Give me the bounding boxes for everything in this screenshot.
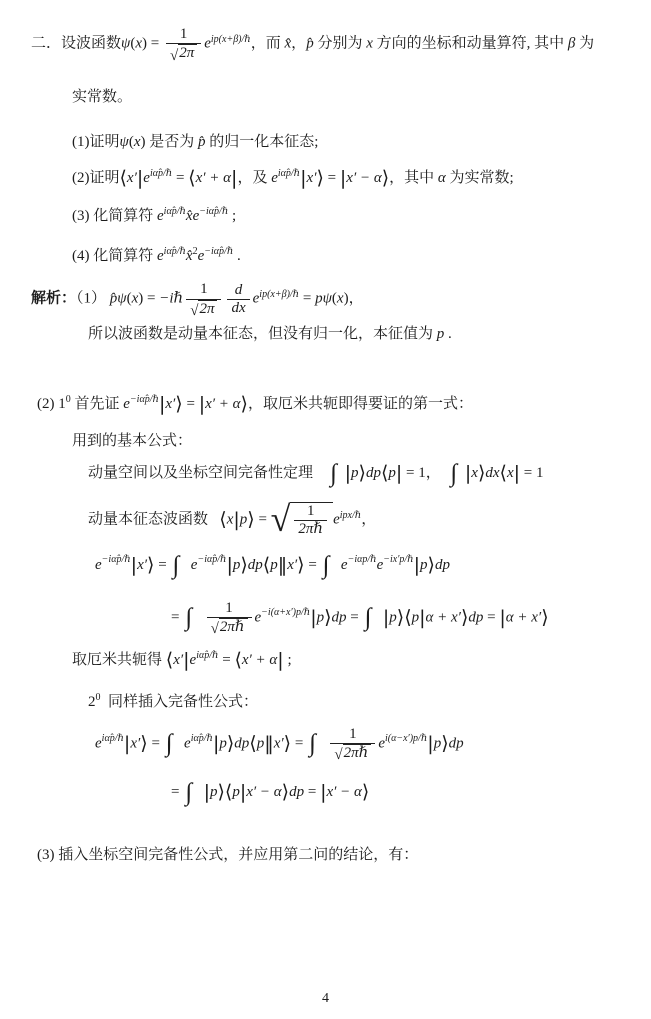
integral-sign: ∫ [183,779,196,806]
superscript: iαp̂/ℏ [102,734,124,744]
question-4: (4) 化简算符 eiαp̂/ℏx̂2e−iαp̂/ℏ . [72,246,625,268]
bracket: ⟩ [241,393,248,415]
question-3-solution-intro: (3) 插入坐标空间完备性公式，并应用第二问的结论，有： [37,845,625,867]
text [333,556,341,572]
page-number: 4 [0,989,651,1009]
text: 为 [575,36,594,52]
radical: √2π [190,300,217,318]
bracket: ‖ [264,732,274,754]
radical-sign-icon: √ [211,622,219,637]
integral-sign: ∫ [183,604,196,631]
part2-formulas-label: 用到的基本公式： [72,431,625,453]
text: = [171,609,183,625]
radical: √12πℏ [271,502,333,539]
superscript: −iαp̂/ℏ [199,207,228,217]
completeness-theorem: 动量空间以及坐标空间完备性定理 ∫ |p⟩dp⟨p| = 1， ∫ |x⟩dx⟨… [88,461,625,486]
superscript: −iαp/ℏ [348,555,377,565]
superscript: ip(x+β)/ℏ [211,35,251,45]
text: ; [228,208,236,224]
text: . [444,326,452,342]
problem-intro-cont: 实常数。 [72,87,625,109]
math-var: e [271,170,278,186]
math-var: e [190,652,197,668]
text: . [233,248,241,264]
bracket: ⟩ [284,732,291,754]
problem-intro: 二．设波函数ψ(x) = 1√2πeip(x+β)/ℏ，而 x̂，p̂ 分别为 … [31,26,625,63]
bracket: ⟨ [249,732,256,754]
math-var: e [378,735,385,751]
bracket: ⟩ [541,606,548,628]
superscript: iαp̂/ℏ [191,734,213,744]
math-var: ψ [121,36,130,52]
fraction: 1√2πℏ [330,726,375,763]
integral-sign: ∫ [363,604,376,631]
denominator: dx [227,299,249,317]
math-var: p̂ [306,36,314,52]
math-var: p [232,784,240,800]
integral-sign: ∫ [328,460,341,487]
math-var: x [337,291,344,307]
derivation-line-4: = ∫ |p⟩⟨p|x′ − α⟩dp = |x′ − α⟩ [171,780,625,805]
text: 1 [200,281,208,297]
math-var: dx [231,300,245,316]
text: (3) 化简算符 [72,208,157,224]
math-var: x′ [307,170,317,186]
superscript: iαp̂/ℏ [278,169,300,179]
text: ; [284,652,292,668]
numerator: 1 [303,503,319,520]
text: 所以波函数是动量本征态，但没有归一化，本征值为 [88,326,437,342]
math-var: x′ [165,396,175,412]
text: ) = [142,36,163,52]
superscript: 2 [193,247,198,257]
math-var: p [420,556,428,572]
bracket: ⟩ [175,393,182,415]
math-var: α + x′ [506,609,541,625]
math-var: x′ [274,735,284,751]
bracket: ⟩ [441,732,448,754]
math-var: iαp̂/ℏ [191,733,213,744]
text: )， [344,291,364,307]
text: (4) 化简算符 [72,248,157,264]
text: 动量本征态波函数 [88,512,219,528]
text: = [218,652,234,668]
math-var: e [95,556,102,572]
text: 1 [180,26,188,42]
math-var: e [193,208,200,224]
radical-content: 2π [178,44,197,62]
math-var: −iαp̂/ℏ [199,206,228,217]
math-var: iαp̂/ℏ [164,246,186,257]
bracket: ⟨ [234,649,241,671]
text: 取厄米共轭得 [72,652,166,668]
text: 2 [193,246,198,257]
math-var: −iℏ [159,291,183,307]
denominator: √2π [186,299,221,318]
numerator: d [231,282,247,299]
math-var: p [317,609,325,625]
fraction: 12πℏ [294,503,327,539]
math-var: 2π [179,45,194,61]
math-var: e [184,735,191,751]
math-var: 2π [199,301,214,317]
integral-sign: ∫ [307,730,320,757]
math-var: 2πℏ [220,619,245,635]
math-var: dp [289,784,304,800]
math-var: dp [449,735,464,751]
text: 1 [307,503,315,519]
math-var: x′ + α [205,396,240,412]
text [196,609,204,625]
text: 动量空间以及坐标空间完备性定理 [88,465,328,481]
superscript: −iαp̂/ℏ [197,555,226,565]
text: = [172,170,188,186]
math-var: x′ − α [346,170,381,186]
radical-content: 2π [198,300,217,318]
text [375,609,383,625]
text: = [183,396,199,412]
math-var: 2πℏ [344,745,369,761]
text: = [255,512,271,528]
superscript: −iαp̂/ℏ [204,247,233,257]
numerator: 1 [196,281,212,298]
text: 分别为 [314,36,367,52]
question-1: (1)证明ψ(x) 是否为 p̂ 的归一化本征态; [72,132,625,154]
math-var: x [507,465,514,481]
bracket: ⟩ [362,781,369,803]
superscript: −ix′p/ℏ [383,555,413,565]
hermitian-conjugate-result: 取厄米共轭得 ⟨x′|eiαp̂/ℏ = ⟨x′ + α| ; [72,650,625,672]
math-var: x [135,36,142,52]
question-2: (2)证明⟨x′|eiαp̂/ℏ = ⟨x′ + α|，及 eiαp̂/ℏ|x′… [72,168,625,190]
math-var: e [198,248,205,264]
math-var: dp [366,465,381,481]
numerator: 1 [176,26,192,43]
text: (2)证明 [72,170,120,186]
math-var: iαp̂/ℏ [164,206,186,217]
denominator: √2πℏ [207,617,252,636]
superscript: −i(α+x′)p/ℏ [261,608,310,618]
math-var: x′ + α [196,170,231,186]
bracket: ⟩ [428,553,435,575]
bracket: ⟨ [188,167,195,189]
text: 0 [66,394,71,405]
derivation-line-3: eiαp̂/ℏ|x′⟩ = ∫ eiαp̂/ℏ|p⟩dp⟨p‖x′⟩ = ∫ 1… [95,726,625,763]
text: ，及 [237,170,271,186]
math-var: e [123,396,130,412]
text: 同样插入完备性公式： [101,694,259,710]
text: ，其中 [389,170,438,186]
document-content: 二．设波函数ψ(x) = 1√2πeip(x+β)/ℏ，而 x̂，p̂ 分别为 … [31,26,625,867]
bracket: ⟩ [282,781,289,803]
text: (2) 1 [37,396,66,412]
math-var: x′ + α [242,652,277,668]
math-var: e [255,609,262,625]
math-var: ψ [120,134,129,150]
bracket: ⟩ [140,732,147,754]
text [177,735,185,751]
text: = [305,556,321,572]
superscript: ip(x+β)/ℏ [259,290,299,300]
text: = [324,170,340,186]
math-var: −iαp̂/ℏ [197,554,226,565]
bracket: ‖ [278,553,288,575]
denominator: 2πℏ [294,520,327,538]
math-var: p [351,465,359,481]
math-var: −iαp̂/ℏ [102,554,131,565]
radical-content: 2πℏ [343,744,372,762]
superscript: ipx/ℏ [340,511,361,521]
math-var: d [235,282,243,298]
derivation-line-2: = ∫ 1√2πℏe−i(α+x′)p/ℏ|p⟩dp = ∫ |p⟩⟨p|α +… [171,600,625,637]
math-var: ip(x+β)/ℏ [211,34,251,45]
math-var: x′ − α [326,784,361,800]
superscript: iαp̂/ℏ [164,207,186,217]
math-var: e [143,170,150,186]
bracket: ⟩ [217,781,224,803]
bracket: ⟨ [500,462,507,484]
math-var: −iαp/ℏ [348,554,377,565]
math-var: −i(α+x′)p/ℏ [261,607,310,618]
math-var: e [95,735,102,751]
math-var: p [270,556,278,572]
text: = [304,784,320,800]
text: ， [361,512,376,528]
text: 2 [88,694,96,710]
bracket: ⟩ [240,553,247,575]
bracket: ⟩ [316,167,323,189]
solution-part1-note: 所以波函数是动量本征态，但没有归一化，本征值为 p . [88,324,625,346]
text: （1） [76,291,110,307]
radical-sign-icon: √ [190,304,198,319]
math-var: ipx/ℏ [340,510,361,521]
bracket: ⟨ [219,509,226,531]
bracket: ⟨ [404,606,411,628]
text: 的归一化本征态; [206,134,319,150]
math-var: dp [234,735,249,751]
math-var: p [219,735,227,751]
text: = 1， [402,465,448,481]
math-var: dp [248,556,263,572]
superscript: iαp̂/ℏ [150,169,172,179]
text: = [483,609,499,625]
math-var: x′ [137,556,147,572]
text: = [154,556,170,572]
text: ，取厄米共轭即得要证的第一式： [248,396,473,412]
integral-sign: ∫ [321,552,334,579]
question-3: (3) 化简算符 eiαp̂/ℏx̂e−iαp̂/ℏ ; [72,206,625,228]
math-var: −iαp̂/ℏ [204,246,233,257]
math-var: e [191,556,198,572]
math-var: x [366,36,373,52]
math-var: p̂ψ [110,291,127,307]
text: 0 [96,692,101,703]
superscript: iαp̂/ℏ [196,651,218,661]
math-var: iαp̂/ℏ [196,650,218,661]
superscript: −iαp̂/ℏ [102,555,131,565]
math-var: −iαp̂/ℏ [130,394,159,405]
text: 方向的坐标和动量算符, 其中 [373,36,568,52]
fraction: 1√2π [166,26,201,63]
math-var: iαp̂/ℏ [150,168,172,179]
math-var: e [377,556,384,572]
fraction: 1√2π [186,281,221,318]
text [196,784,204,800]
integral-sign: ∫ [164,730,177,757]
denominator: √2π [166,43,201,62]
math-var: α + x′ [426,609,461,625]
numerator: 1 [221,600,237,617]
superscript: iαp̂/ℏ [164,247,186,257]
derivation-line-1: e−iαp̂/ℏ|x′⟩ = ∫ e−iαp̂/ℏ|p⟩dp⟨p‖x′⟩ = ∫… [95,553,625,578]
text: ) = [138,291,159,307]
math-var: x′ [127,170,137,186]
math-var: dp [435,556,450,572]
math-var: i(α−x′)p/ℏ [385,733,427,744]
superscript: −iαp̂/ℏ [130,395,159,405]
text: 1 [349,726,357,742]
text: = [347,609,363,625]
text: 首先证 [71,396,124,412]
math-var: dp [332,609,347,625]
radical-sign-icon: √ [334,748,342,763]
radical: √2πℏ [211,618,248,636]
bracket: ⟩ [247,509,254,531]
integral-sign: ∫ [448,460,461,487]
text [183,556,191,572]
text [320,735,328,751]
text: 1 [225,600,233,616]
math-var: x′ [173,652,183,668]
radical-sign-icon: √ [170,49,178,64]
math-var: e [333,512,340,528]
momentum-eigenfunction: 动量本征态波函数 ⟨x|p⟩ = √12πℏeipx/ℏ， [88,502,625,539]
text: = 1 [520,465,543,481]
math-var: −ix′p/ℏ [383,554,413,565]
text: = [148,735,164,751]
math-var: x [134,134,141,150]
part2-step2-intro: 20 同样插入完备性公式： [88,692,625,714]
document-page: 二．设波函数ψ(x) = 1√2πeip(x+β)/ℏ，而 x̂，p̂ 分别为 … [0,0,651,1019]
part2-step1-intro: (2) 10 首先证 e−iαp̂/ℏ|x′⟩ = |x′ + α⟩，取厄米共轭… [37,394,625,416]
text: = [299,291,315,307]
math-var: x′ [287,556,297,572]
bracket: ⟩ [297,553,304,575]
bracket: ⟩ [324,606,331,628]
numerator: 1 [345,726,361,743]
math-var: 2πℏ [298,521,323,537]
fraction: 1√2πℏ [207,600,252,637]
radical: √2π [170,44,197,62]
math-var: e [157,208,164,224]
text: ，而 [251,36,285,52]
math-var: e [157,248,164,264]
math-var: x [471,465,478,481]
math-var: dp [468,609,483,625]
radical-content: 12πℏ [290,502,333,539]
bracket: ⟨ [120,167,127,189]
radical: √2πℏ [334,744,371,762]
integral-sign: ∫ [170,552,183,579]
text: 二．设波函数 [31,36,121,52]
bracket: ⟩ [359,462,366,484]
text-bold: 解析： [31,291,76,307]
math-var: p̂ [198,134,206,150]
math-var: x̂ [186,208,193,224]
math-var: p [412,609,420,625]
text: (1)证明 [72,134,120,150]
text: ) 是否为 [141,134,199,150]
text: 用到的基本公式： [72,433,192,449]
solution-part1: 解析：（1） p̂ψ(x) = −iℏ1√2πddxeip(x+β)/ℏ = p… [31,281,625,318]
math-var: e [253,291,260,307]
radical-sign-icon: √ [271,506,291,533]
text: 为实常数; [446,170,514,186]
text: 实常数。 [72,89,132,105]
text: = [291,735,307,751]
math-var: x̂ [186,248,193,264]
math-var: α [438,170,446,186]
math-var: iαp̂/ℏ [278,168,300,179]
math-var: p [388,465,396,481]
math-var: x′ − α [246,784,281,800]
text: = [171,784,183,800]
math-var: e [204,36,211,52]
math-var: iαp̂/ℏ [102,733,124,744]
fraction: ddx [227,282,249,318]
text: ， [291,36,306,52]
denominator: √2πℏ [330,743,375,762]
superscript: 0 [66,395,71,405]
math-var: ip(x+β)/ℏ [259,289,299,300]
math-var: x′ [130,735,140,751]
math-var: pψ [315,291,332,307]
superscript: 0 [96,693,101,703]
superscript: i(α−x′)p/ℏ [385,734,427,744]
math-var: p [389,609,397,625]
radical-content: 2πℏ [219,618,248,636]
math-var: dx [485,465,499,481]
math-var: e [341,556,348,572]
text: (3) 插入坐标空间完备性公式，并应用第二问的结论，有： [37,847,418,863]
